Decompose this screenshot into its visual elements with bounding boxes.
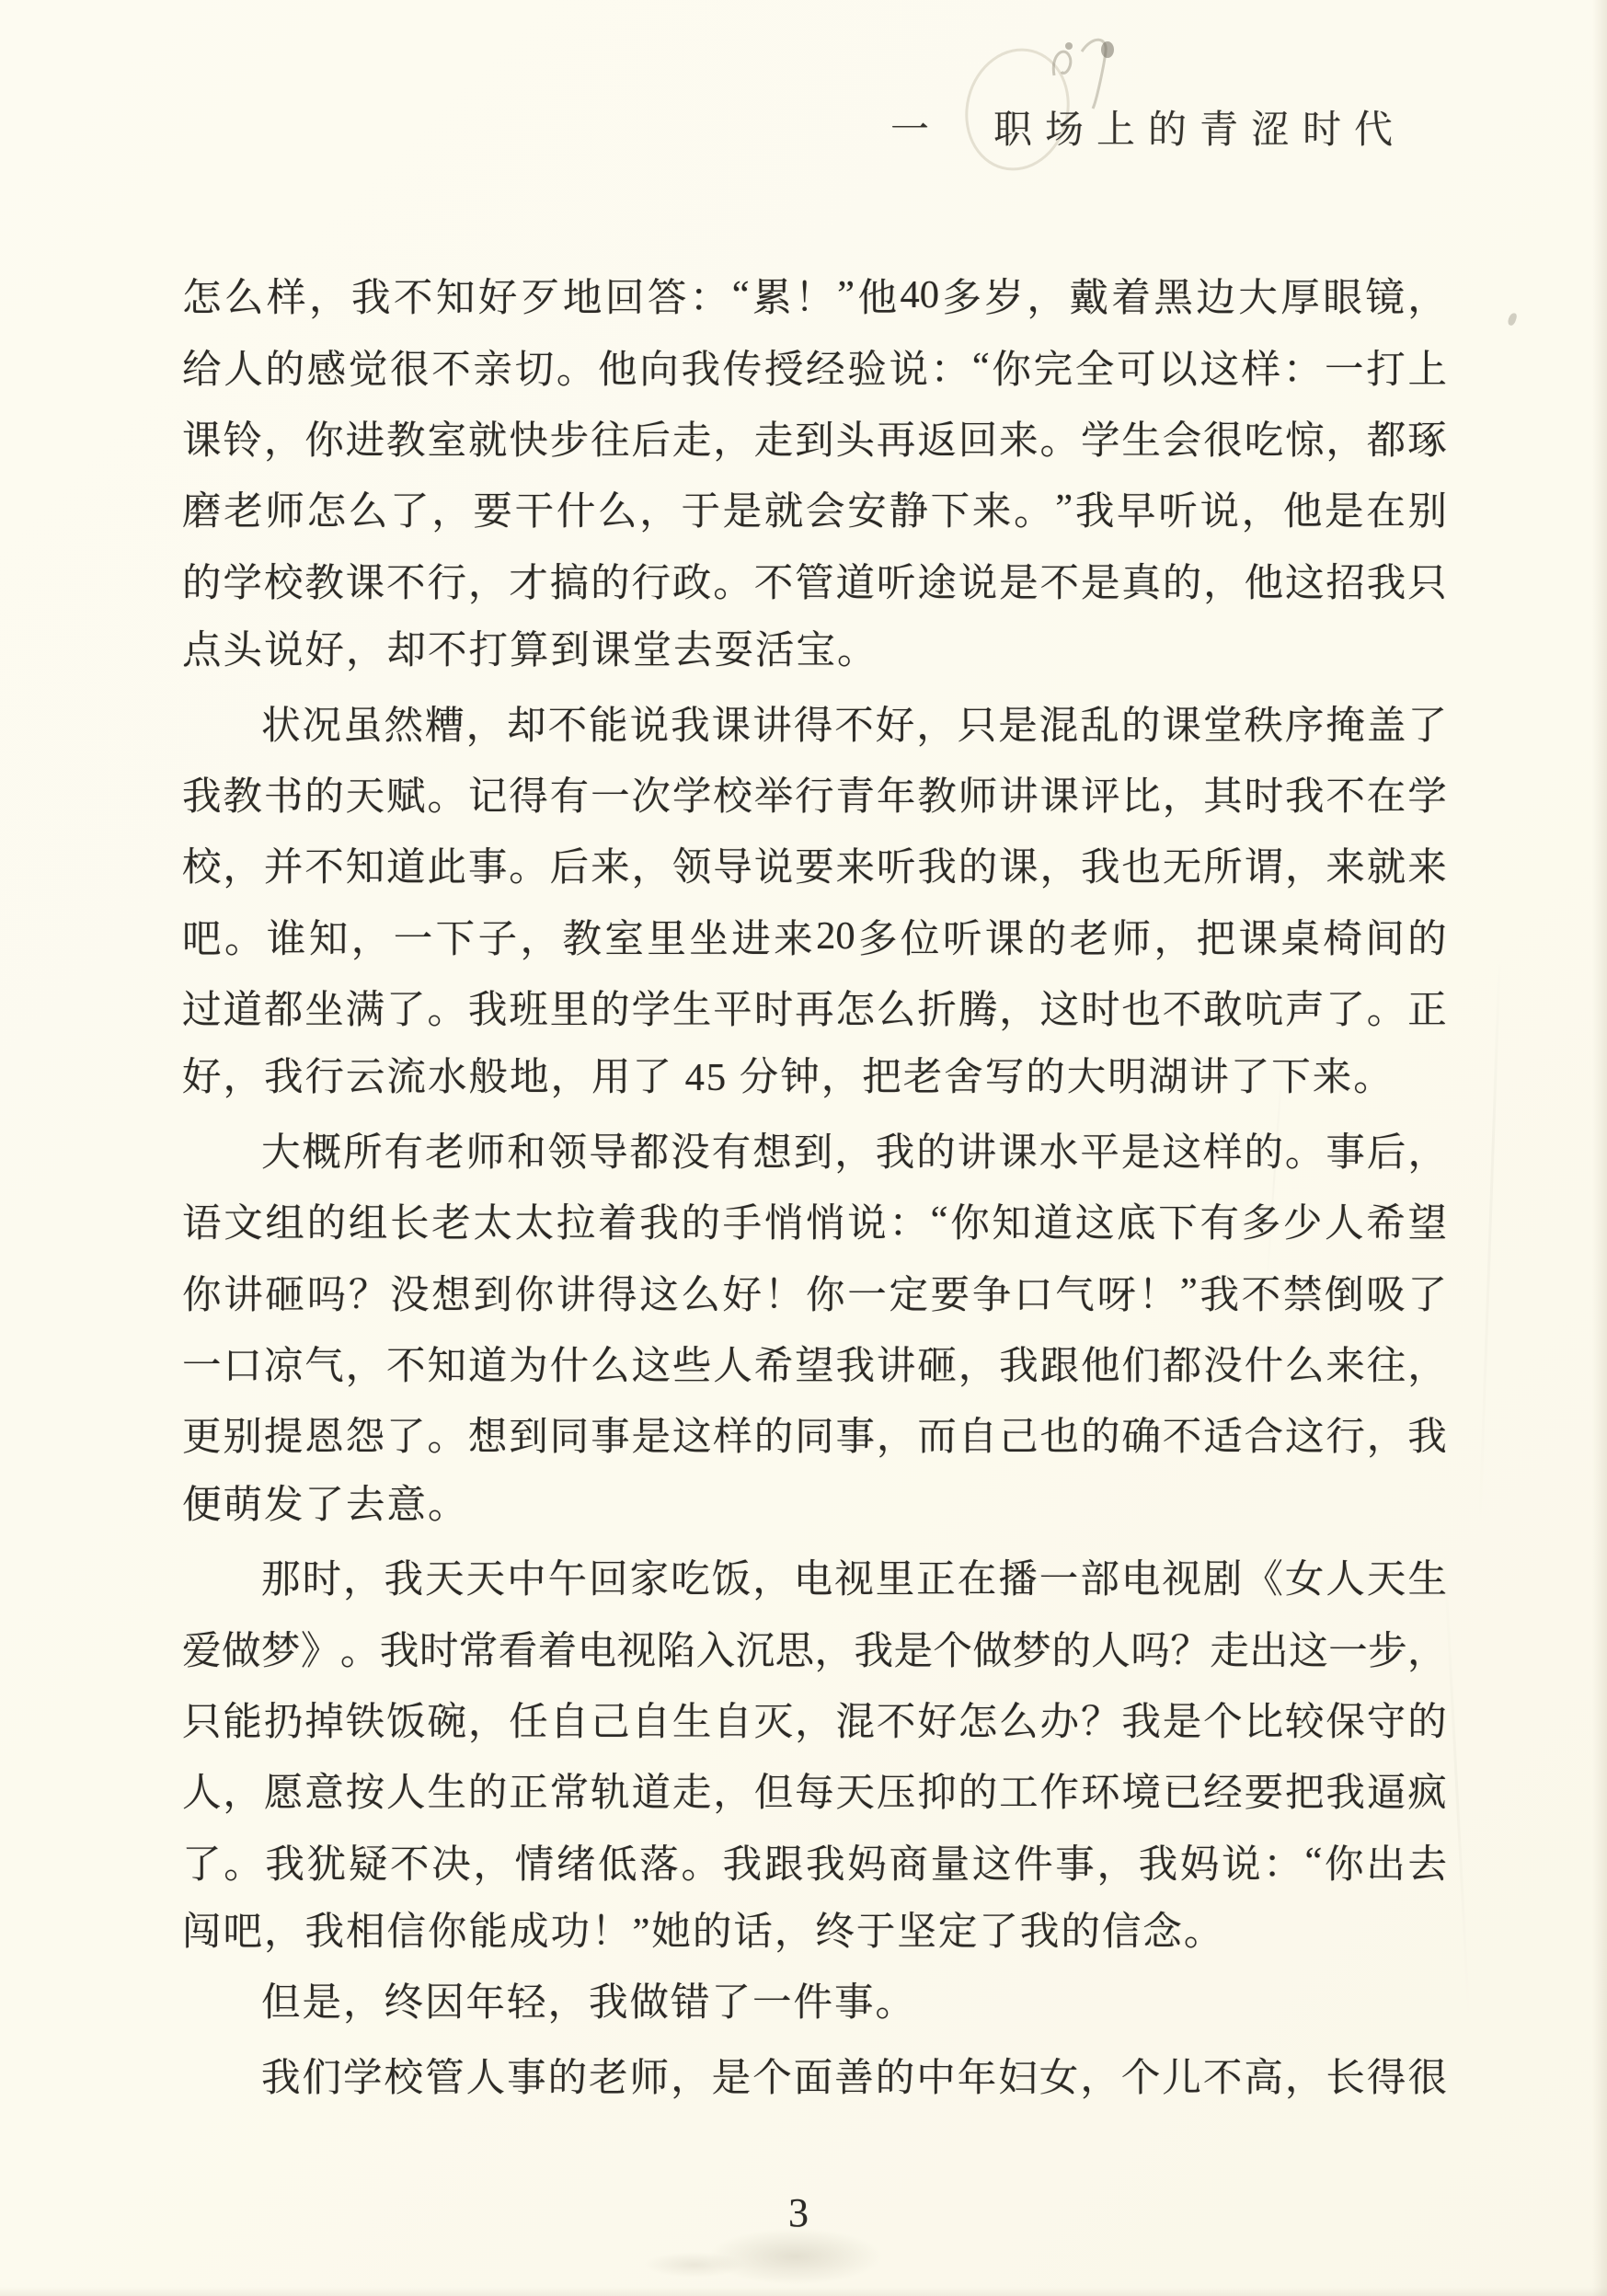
text-line: 过道都坐满了。我班里的学生平时再怎么折腾，这时也不敢吭声了。正 [182, 971, 1447, 1042]
text-line: 便萌发了去意。 [182, 1470, 1447, 1541]
body-text: 怎么样，我不知好歹地回答：“累！”他40多岁，戴着黑边大厚眼镜，给人的感觉很不亲… [182, 259, 1447, 2110]
scanned-book-page: { "header": { "chapter": "一 职场上的青涩时代" },… [0, 0, 1607, 2296]
scan-smudge [644, 2252, 745, 2278]
text-line: 我教书的天赋。记得有一次学校举行青年教师讲课评比，其时我不在学 [182, 758, 1447, 829]
text-line: 好，我行云流水般地，用了 45 分钟，把老舍写的大明湖讲了下来。 [182, 1042, 1447, 1113]
text-line: 磨老师怎么了，要干什么，于是就会安静下来。”我早听说，他是在别 [182, 473, 1447, 544]
text-line: 那时，我天天中午回家吃饭，电视里正在播一部电视剧《女人天生 [182, 1541, 1447, 1612]
page-number: 3 [762, 2189, 835, 2236]
text-line: 闯吧，我相信你能成功！”她的话，终于坚定了我的信念。 [182, 1897, 1447, 1968]
scan-fleck [1507, 312, 1518, 327]
running-header-chapter-title: 一 职场上的青涩时代 [890, 99, 1406, 155]
text-line: 点头说好，却不打算到课堂去耍活宝。 [182, 615, 1447, 686]
text-line: 的学校教课不行，才搞的行政。不管道听途说是不是真的，他这招我只 [182, 545, 1447, 615]
text-line: 人，愿意按人生的正常轨道走，但每天压抑的工作环境已经要把我逼疯 [182, 1754, 1447, 1825]
text-line: 但是，终因年轻，我做错了一件事。 [182, 1968, 1447, 2038]
text-line: 了。我犹疑不决，情绪低落。我跟我妈商量这件事，我妈说：“你出去 [182, 1826, 1447, 1897]
text-line: 爱做梦》。我时常看着电视陷入沉思，我是个做梦的人吗？走出这一步， [182, 1612, 1447, 1682]
text-line: 状况虽然糟，却不能说我课讲得不好，只是混乱的课堂秩序掩盖了 [182, 686, 1447, 757]
text-line: 只能扔掉铁饭碗，任自己自生自灭，混不好怎么办？我是个比较保守的 [182, 1683, 1447, 1754]
text-line: 吧。谁知，一下子，教室里坐进来20多位听课的老师，把课桌椅间的 [182, 901, 1447, 971]
text-line: 一口凉气，不知道为什么这些人希望我讲砸，我跟他们都没什么来往， [182, 1327, 1447, 1398]
text-line: 怎么样，我不知好歹地回答：“累！”他40多岁，戴着黑边大厚眼镜， [182, 259, 1447, 330]
text-line: 更别提恩怨了。想到同事是这样的同事，而自己也的确不适合这行，我 [182, 1398, 1447, 1469]
text-line: 课铃，你进教室就快步往后走，走到头再返回来。学生会很吃惊，都琢 [182, 402, 1447, 473]
text-line: 校，并不知道此事。后来，领导说要来听我的课，我也无所谓，来就来 [182, 829, 1447, 900]
scan-edge-shade [1592, 0, 1607, 2296]
text-line: 大概所有老师和领导都没有想到，我的讲课水平是这样的。事后， [182, 1114, 1447, 1185]
text-line: 我们学校管人事的老师，是个面善的中年妇女，个儿不高，长得很 [182, 2039, 1447, 2110]
scan-edge-shade-bottom [0, 2287, 1607, 2296]
text-line: 给人的感觉很不亲切。他向我传授经验说：“你完全可以这样：一打上 [182, 330, 1447, 401]
text-line: 你讲砸吗？没想到你讲得这么好！你一定要争口气呀！”我不禁倒吸了 [182, 1256, 1447, 1326]
text-line: 语文组的组长老太太拉着我的手悄悄说：“你知道这底下有多少人希望 [182, 1185, 1447, 1256]
paper-crease [1478, 957, 1501, 1527]
